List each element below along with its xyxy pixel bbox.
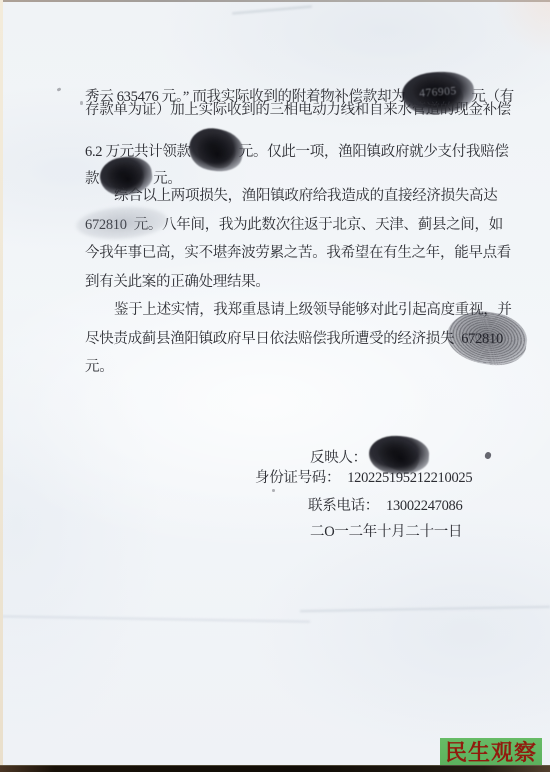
reporter-label: 反映人： [310,450,367,466]
signature-id-row: 身份证号码：120225195212210025 [255,468,472,488]
phone-label: 联系电话： [308,498,379,514]
ink-speck [80,101,83,105]
paper-crease [0,615,310,622]
body-line-8: 到有关此案的正确处理结果。 [85,272,270,292]
body-text: 到有关此案的正确处理结果。 [85,274,270,290]
body-line-10: 尽快责成蓟县渔阳镇政府早日依法赔偿我所遭受的经济损失672810 [85,329,503,349]
body-text: 综合以上两项损失，渔阳镇政府给我造成的直接经济损失高达 [114,188,497,204]
ink-redaction-blob-amount2 [185,124,247,176]
watermark-label: 民生观察 [440,738,542,768]
paper-crease [232,6,312,15]
body-text: 元。仅此一项，渔阳镇政府就少支付我赔偿 [239,144,509,160]
id-number: 120225195212210025 [347,470,472,486]
body-text: 元。 [85,359,113,375]
body-line-9: 鉴于上述实情，我郑重恳请上级领导能够对此引起高度重视，并 [85,300,512,320]
phone-number: 13002247086 [386,498,462,514]
ink-speck [484,451,492,460]
id-label: 身份证号码： [255,470,340,486]
body-text: 尽快责成蓟县渔阳镇政府早日依法赔偿我所遭受的经济损失 [85,331,454,347]
body-line-2: 存款单为证）加上实际收到的三相电动力线和自来水管道的现金补偿 [85,100,511,120]
body-text: 鉴于上述实情，我郑重恳请上级领导能够对此引起高度重视，并 [114,302,512,318]
scanned-letter-page: 秀云 635476 元。” 而我实际收到的附着物补偿款却为476905元（有 存… [0,0,550,772]
signature-date-row: 二O一二年十月二十一日 [310,522,462,542]
fingerprint-smudge-area: 672810 [461,329,503,349]
gray-smudge-area: 672810 [85,215,127,235]
scan-edge-left [0,0,3,772]
ink-speck [57,87,62,92]
body-line-7: 今我年事已高，实不堪奔波劳累之苦。我希望在有生之年，能早点看 [85,243,511,263]
paper-crease [300,606,550,612]
claim-amount: 672810 [461,331,503,347]
body-text: 今我年事已高，实不堪奔波劳累之苦。我希望在有生之年，能早点看 [85,245,511,261]
body-line-11: 元。 [85,357,113,377]
scan-edge-bottom [0,765,550,772]
body-text: 款 [85,171,99,187]
body-line-6: 672810元。八年间，我为此数次往返于北京、天津、蓟县之间，如 [85,215,503,235]
body-text: 存款单为证）加上实际收到的三相电动力线和自来水管道的现金补偿 [85,102,511,118]
scan-edge-top [0,0,550,2]
body-line-5: 综合以上两项损失，渔阳镇政府给我造成的直接经济损失高达 [85,186,497,206]
signature-phone-row: 联系电话：13002247086 [308,496,462,516]
body-text: 元。 [153,171,181,187]
loss-amount: 672810 [85,217,127,233]
ink-speck [272,489,275,492]
date-text: 二O一二年十月二十一日 [310,524,462,540]
body-text: 元。八年间，我为此数次往返于北京、天津、蓟县之间，如 [134,217,503,233]
